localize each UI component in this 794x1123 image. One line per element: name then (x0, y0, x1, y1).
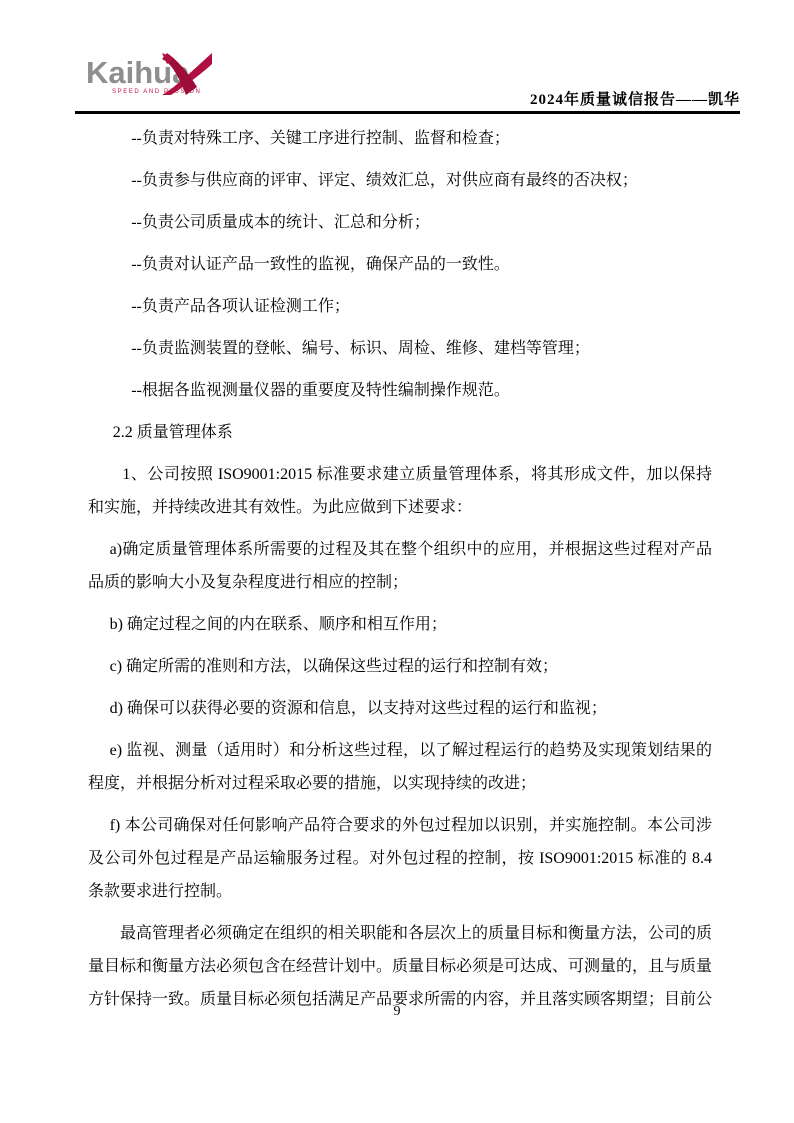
duty-list-item: --负责参与供应商的评审、评定、绩效汇总，对供应商有最终的否决权； (88, 164, 712, 197)
document-body: --负责对特殊工序、关键工序进行控制、监督和检查； --负责参与供应商的评审、评… (88, 122, 712, 1025)
qms-requirement-item-b: b) 确定过程之间的内在联系、顺序和相互作用； (88, 608, 712, 641)
qms-requirement-item-d: d) 确保可以获得必要的资源和信息，以支持对这些过程的运行和监视； (88, 692, 712, 725)
qms-requirement-item-a: a)确定质量管理体系所需要的过程及其在整个组织中的应用，并根据这些过程对产品品质… (88, 533, 712, 599)
document-page: Kaihua SPEED AND PASSION 2024年质量诚信报告——凯华… (0, 0, 794, 1123)
duty-list-item: --负责产品各项认证检测工作； (88, 290, 712, 323)
duty-list-item: --负责监测装置的登帐、编号、标识、周检、维修、建档等管理； (88, 332, 712, 365)
header-divider-line (75, 111, 740, 114)
qms-requirement-item-c: c) 确定所需的准则和方法，以确保这些过程的运行和控制有效； (88, 650, 712, 683)
duty-list-item: --负责对认证产品一致性的监视，确保产品的一致性。 (88, 248, 712, 281)
duty-list-item: --负责对特殊工序、关键工序进行控制、监督和检查； (88, 122, 712, 155)
kaihua-logo: Kaihua SPEED AND PASSION (86, 56, 226, 108)
duty-list-item: --负责公司质量成本的统计、汇总和分析； (88, 206, 712, 239)
section-heading-quality-management-system: 2.2 质量管理体系 (88, 416, 712, 449)
duty-list-item: --根据各监视测量仪器的重要度及特性编制操作规范。 (88, 374, 712, 407)
qms-requirement-item-e: e) 监视、测量（适用时）和分析这些过程，以了解过程运行的趋势及实现策划结果的程… (88, 734, 712, 800)
report-header-title: 2024年质量诚信报告——凯华 (530, 88, 740, 109)
kaihua-bird-logo-icon (160, 51, 214, 97)
paragraph-qms-intro: 1、公司按照 ISO9001:2015 标准要求建立质量管理体系，将其形成文件，… (88, 458, 712, 524)
page-number: 9 (0, 1002, 794, 1022)
qms-requirement-item-f: f) 本公司确保对任何影响产品符合要求的外包过程加以识别，并实施控制。本公司涉及… (88, 809, 712, 908)
